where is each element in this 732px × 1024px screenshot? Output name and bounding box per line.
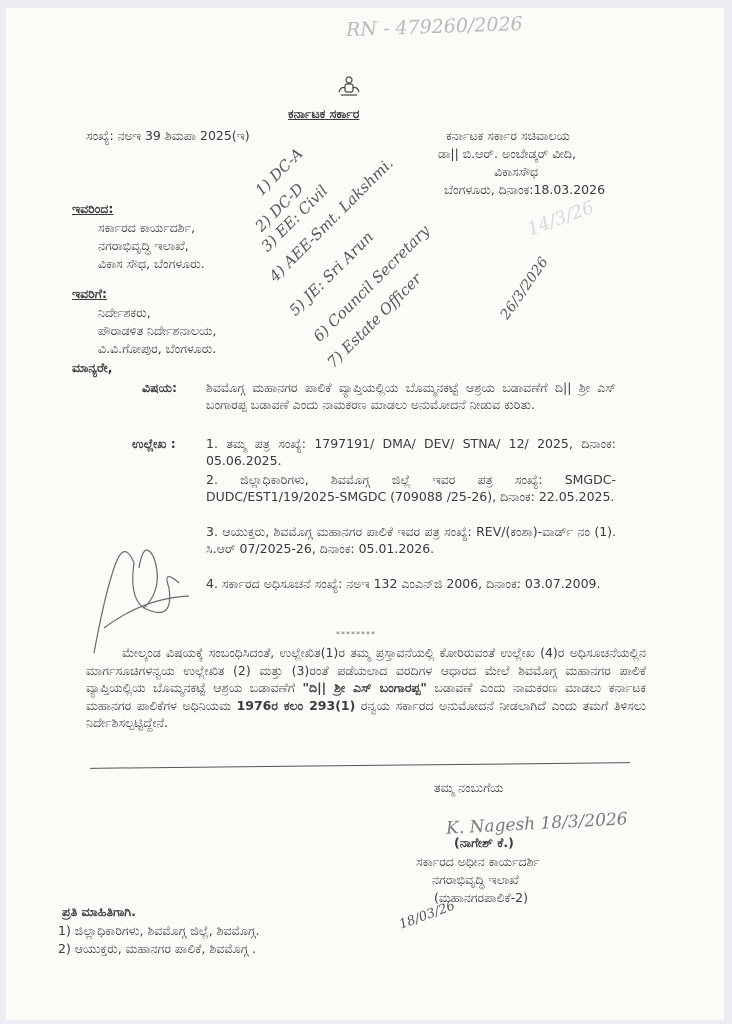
salutation: ಮಾನ್ಯರೇ, bbox=[72, 360, 112, 376]
reference-item: 4. ಸರ್ಕಾರದ ಅಧಿಸೂಚನೆ ಸಂಖ್ಯೆ: ನಅಇ 132 ಎಂಎನ… bbox=[206, 576, 616, 593]
karnataka-state-emblem-icon bbox=[336, 76, 362, 98]
references-label: ಉಲ್ಲೇಖ : bbox=[132, 436, 176, 452]
from-line: ಸರ್ಕಾರದ ಕಾರ್ಯದರ್ಶಿ, bbox=[98, 220, 195, 236]
designation-line: ಸರ್ಕಾರದ ಅಧೀನ ಕಾರ್ಯದರ್ಶಿ bbox=[416, 854, 540, 870]
copy-label: ಪ್ರತಿ ಮಾಹಿತಿಗಾಗಿ. bbox=[62, 904, 136, 920]
address-line: ವಿಕಾಸಸೌಧ bbox=[494, 164, 538, 180]
handwritten-register-number: RN - 479260/2026 bbox=[346, 13, 523, 41]
reference-item: 3. ಆಯುಕ್ತರು, ಶಿವಮೊಗ್ಗ ಮಹಾನಗರ ಪಾಲಿಕೆ ಇವರ … bbox=[206, 524, 616, 557]
to-label: ಇವರಿಗೆ: bbox=[72, 286, 107, 302]
issue-date: ಬೆಂಗಳೂರು, ದಿನಾಂಕ:18.03.2026 bbox=[444, 182, 605, 198]
designation-line: ನಗರಾಭಿವೃದ್ಧಿ ಇಲಾಖೆ bbox=[432, 872, 519, 888]
separator: ******** bbox=[336, 630, 376, 639]
copy-item: 2) ಆಯುಕ್ತರು, ಮಹಾನಗರ ಪಾಲಿಕೆ, ಶಿವಮೊಗ್ಗ . bbox=[58, 941, 256, 957]
underline bbox=[90, 762, 630, 769]
closing-yours: ತಮ್ಮ ನಂಬುಗೆಯ bbox=[434, 780, 503, 796]
faint-note: 14/3/26 bbox=[525, 197, 597, 240]
initial-date: 18/03/26 bbox=[397, 898, 457, 932]
body-paragraph: ಮೇಲ್ಕಂಡ ವಿಷಯಕ್ಕೆ ಸಂಬಂಧಿಸಿದಂತೆ, ಉಲ್ಲೇಖಿತ(… bbox=[86, 644, 646, 732]
copy-item: 1) ಜಿಲ್ಲಾಧಿಕಾರಿಗಳು, ಶಿವಮೊಗ್ಗ ಜಿಲ್ಲೆ, ಶಿವ… bbox=[58, 923, 259, 939]
from-line: ವಿಕಾಸ ಸೌಧ, ಬೆಂಗಳೂರು. bbox=[98, 256, 205, 272]
subject-label: ವಿಷಯ: bbox=[142, 380, 177, 396]
act-reference: 1976ರ ಕಲಂ 293(1) bbox=[237, 698, 356, 713]
reference-item: 1. ತಮ್ಮ ಪತ್ರ ಸಂಖ್ಯೆ: 1797191/ DMA/ DEV/ … bbox=[206, 436, 616, 469]
signatory-name: (ನಾಗೇಶ್ ಕೆ.) bbox=[454, 835, 514, 851]
to-line: ವಿ.ವಿ.ಗೋಪುರ, ಬೆಂಗಳೂರು. bbox=[98, 341, 216, 357]
to-line: ಪೌರಾಡಳಿತ ನಿರ್ದೇಶನಾಲಯ, bbox=[98, 323, 216, 339]
handwritten-date-note: 26/3/2026 bbox=[497, 255, 551, 323]
government-title: ಕರ್ನಾಟಕ ಸರ್ಕಾರ bbox=[288, 106, 359, 122]
layout-name: "ದಿ|| ಶ್ರೀ ಎಸ್ ಬಂಗಾರಪ್ಪ" bbox=[303, 680, 427, 695]
reference-number: ಸಂಖ್ಯೆ: ನಅಇ 39 ಶಿಮಪಾ 2025(ಇ) bbox=[86, 128, 250, 144]
from-line: ನಗರಾಭಿವೃದ್ಧಿ ಇಲಾಖೆ, bbox=[98, 238, 189, 254]
document-page: RN - 479260/2026 ಕರ್ನಾಟಕ ಸರ್ಕಾರ ಸಂಖ್ಯೆ: … bbox=[6, 8, 724, 1020]
address-line: ಕರ್ನಾಟಕ ಸರ್ಕಾರ ಸಚಿವಾಲಯ bbox=[446, 128, 570, 144]
to-line: ನಿರ್ದೇಶಕರು, bbox=[98, 305, 151, 321]
reference-item: 2. ಜಿಲ್ಲಾಧಿಕಾರಿಗಳು, ಶಿವಮೊಗ್ಗ ಜಿಲ್ಲೆ ಇವರ … bbox=[206, 472, 616, 505]
address-line: ಡಾ|| ಬಿ.ಆರ್. ಅಂಬೇಡ್ಕರ್ ವೀದಿ, bbox=[438, 146, 576, 162]
subject-text: ಶಿವಮೊಗ್ಗ ಮಹಾನಗರ ಪಾಲಿಕೆ ವ್ಯಾಪ್ತಿಯಲ್ಲಿಯ ಬೊ… bbox=[206, 380, 616, 413]
from-label: ಇವರಿಂದ: bbox=[72, 201, 113, 217]
handwritten-signature-scribble bbox=[84, 528, 194, 658]
